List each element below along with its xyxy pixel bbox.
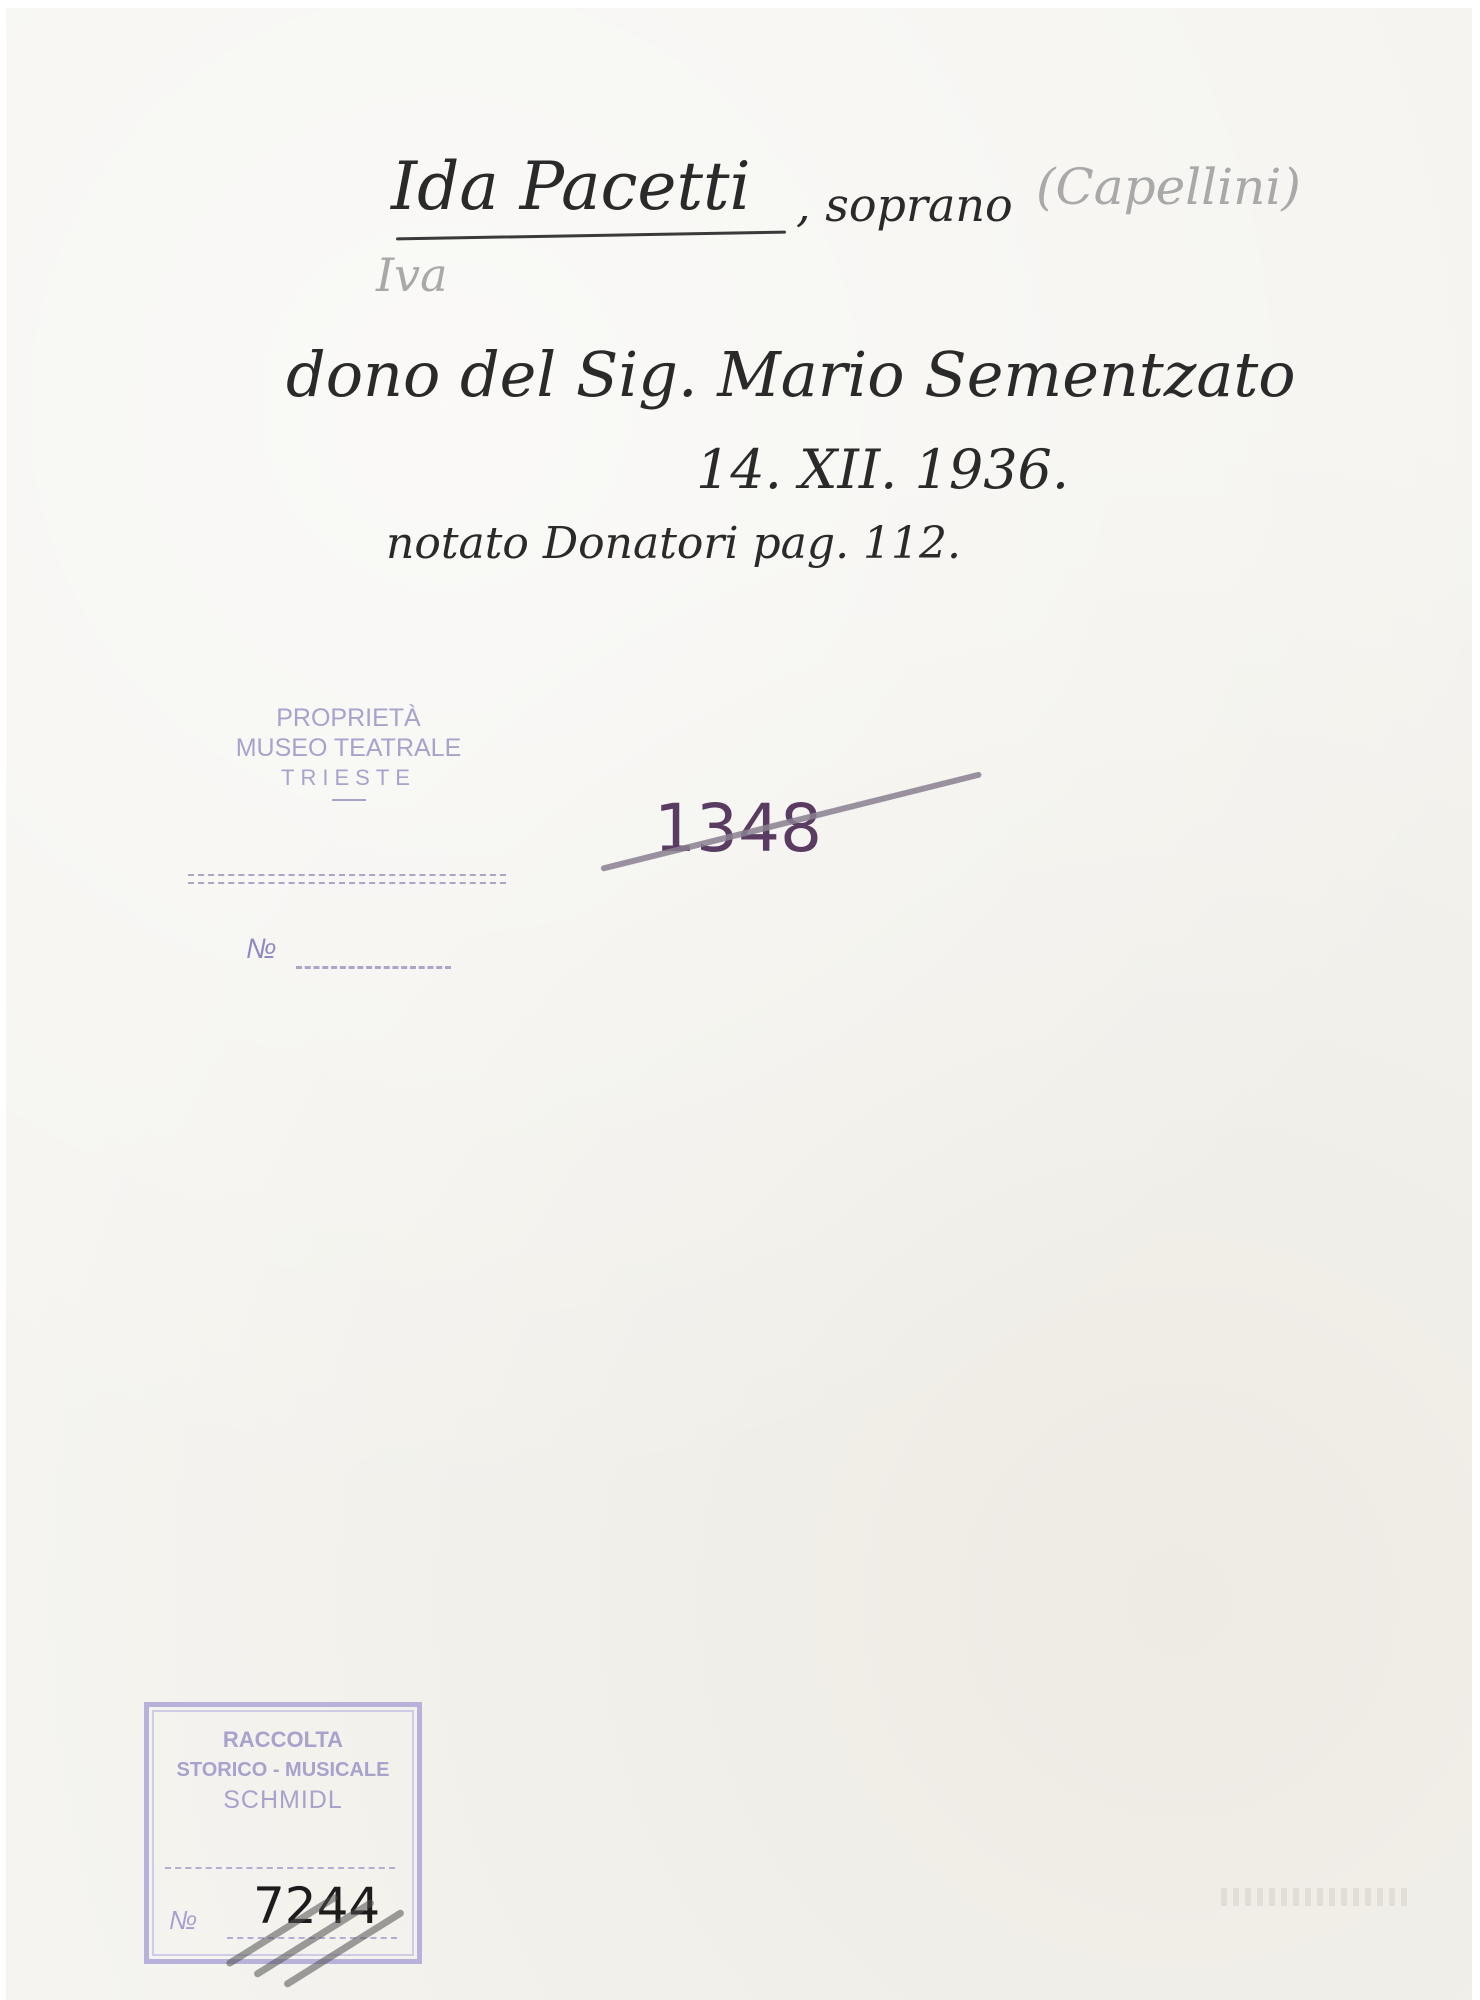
photo-back-card: Ida Pacetti , soprano (Capellini) Iva do… [6,8,1472,2000]
schmidl-rule [165,1867,395,1869]
pencil-correction: Iva [376,248,448,302]
museo-stamp-line1: PROPRIETÀ [211,703,486,733]
title-name: Ida Pacetti [391,148,751,225]
schmidl-line2: STORICO - MUSICALE [149,1755,417,1785]
museo-number-label: № [246,933,276,965]
museo-stamp-line2: MUSEO TEATRALE [211,733,486,763]
museo-stamp-line3: TRIESTE [211,763,486,793]
register-note: notato Donatori pag. 112. [386,518,961,569]
museo-stamp-rule [332,799,366,801]
schmidl-line3: SCHMIDL [149,1785,417,1815]
schmidl-number-label: № [169,1905,197,1936]
title-underline [396,231,786,241]
donation-date: 14. XII. 1936. [696,438,1069,501]
inventory-number: 1348 [654,790,822,867]
schmidl-stamp: RACCOLTA STORICO - MUSICALE SCHMIDL № 72… [144,1702,422,1964]
museo-stamp: PROPRIETÀ MUSEO TEATRALE TRIESTE [211,703,486,801]
title-role: , soprano [796,178,1013,232]
title-pencil-note: (Capellini) [1036,158,1301,216]
museo-stamp-dashed-line [188,874,506,884]
donation-line: dono del Sig. Mario Sementzato [286,338,1296,411]
museo-number-line [296,966,451,969]
embossed-mark [1221,1888,1411,1906]
schmidl-line1: RACCOLTA [149,1725,417,1755]
